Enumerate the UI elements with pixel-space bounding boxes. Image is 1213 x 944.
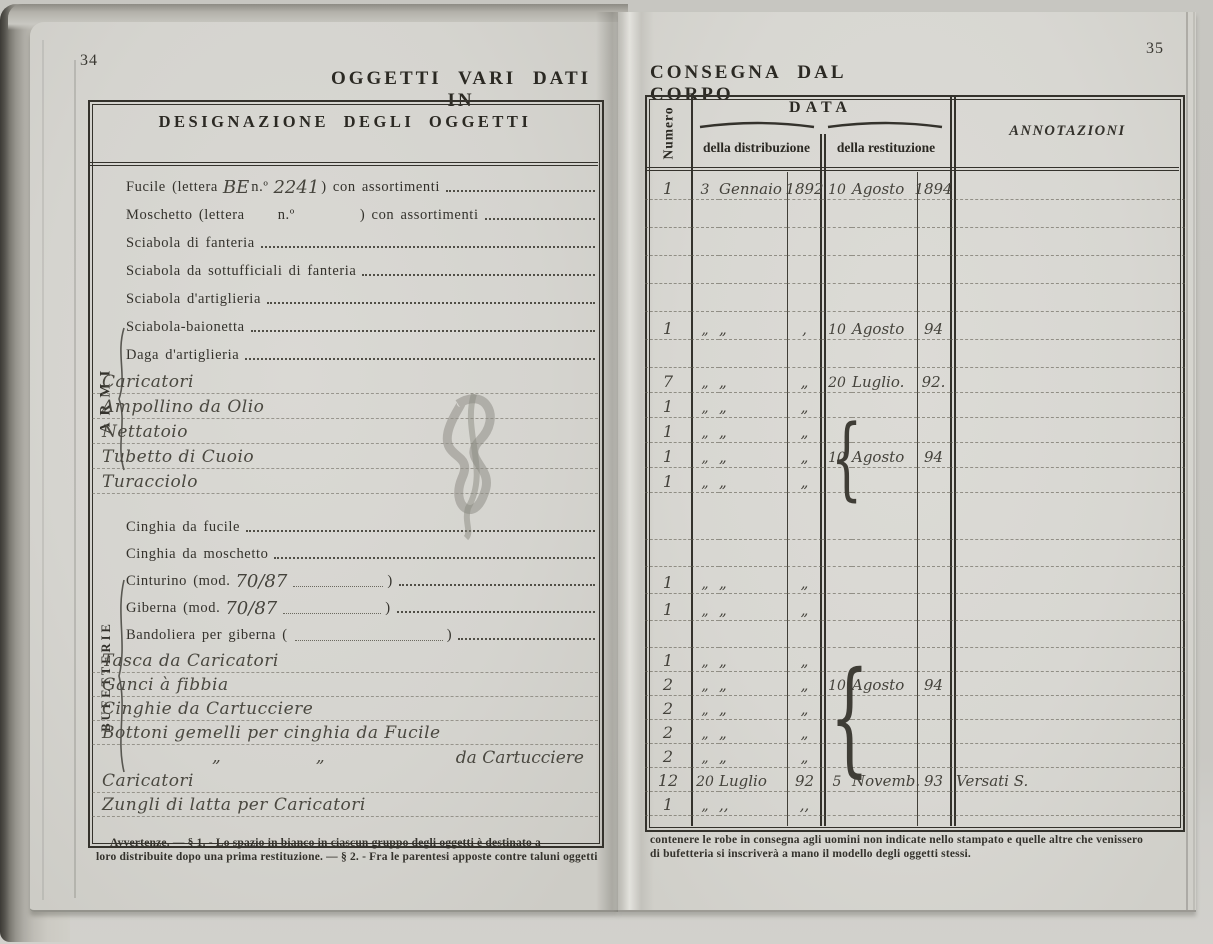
dist-month-cell: ,, xyxy=(719,792,787,816)
rest-year-cell xyxy=(917,792,950,816)
record-row: 1„„„ xyxy=(645,418,1185,443)
annotazioni-cell xyxy=(950,393,1185,418)
item-row: Sciabola-baionetta xyxy=(92,312,598,340)
numero-cell xyxy=(645,540,691,567)
dist-year-cell xyxy=(787,513,822,540)
rest-day-cell xyxy=(822,540,852,567)
record-row: 1220Luglio925Novemb.93Versati S. xyxy=(645,768,1185,792)
record-row: 1„„,10Agosto94 xyxy=(645,312,1185,340)
data-header-swash xyxy=(698,120,944,130)
numero-cell xyxy=(645,228,691,256)
item-row: Cinturino (mod.70/87) xyxy=(92,567,598,594)
rest-month-cell xyxy=(852,284,917,312)
item-row: Bottoni gemelli per cinghia da Fucile xyxy=(92,720,598,745)
rest-month-cell xyxy=(852,792,917,816)
item-row: Bandoliera per giberna () xyxy=(92,621,598,648)
numero-cell: 1 xyxy=(645,393,691,418)
rest-day-cell xyxy=(822,792,852,816)
dotted-leader xyxy=(458,638,595,640)
item-label-printed: Giberna (mod. xyxy=(92,600,220,617)
page-edge xyxy=(1186,12,1188,910)
record-row: 1„„„ xyxy=(645,393,1185,418)
rest-year-cell xyxy=(917,228,950,256)
item-label-printed: Sciabola da sottufficiali di fanteria xyxy=(92,263,356,280)
item-row: Sciabola d'artiglieria xyxy=(92,284,598,312)
annotazioni-cell xyxy=(950,621,1185,648)
record-row: 2„„„10Agosto94 xyxy=(645,672,1185,696)
rest-year-cell xyxy=(917,418,950,443)
rest-year-cell xyxy=(917,393,950,418)
record-row: 2„„„ xyxy=(645,720,1185,744)
numero-cell: 2 xyxy=(645,672,691,696)
dotted-leader xyxy=(251,330,595,332)
dotted-leader xyxy=(399,584,595,586)
record-row xyxy=(645,540,1185,567)
dist-day-cell xyxy=(691,200,719,228)
rest-year-cell xyxy=(917,256,950,284)
item-label-printed: ) xyxy=(387,573,392,590)
record-row xyxy=(645,200,1185,228)
dist-month-cell xyxy=(719,621,787,648)
rest-month-cell xyxy=(852,256,917,284)
rows-brace-small: { xyxy=(831,414,862,504)
right-footer: contenere le robe in consegna agli uomin… xyxy=(650,833,1178,861)
left-footer: Avvertenze. — § 1. - Lo spazio in bianco… xyxy=(96,836,608,864)
annotazioni-cell xyxy=(950,672,1185,696)
dist-year-cell: „ xyxy=(787,418,822,443)
dist-year-cell: „ xyxy=(787,393,822,418)
numero-cell xyxy=(645,256,691,284)
item-label-handwritten: Ganci à fibbia xyxy=(102,675,229,695)
record-row: 13Gennaio189210Agosto1894 xyxy=(645,172,1185,200)
annotazioni-cell xyxy=(950,744,1185,768)
rest-day-cell xyxy=(822,340,852,368)
pencil-scribble xyxy=(420,382,524,542)
col-header-annotazioni: ANNOTAZIONI xyxy=(950,95,1185,168)
dist-year-cell: „ xyxy=(787,468,822,493)
record-row xyxy=(645,256,1185,284)
rest-month-cell xyxy=(852,621,917,648)
right-page-number: 35 xyxy=(1146,40,1164,58)
rest-year-cell xyxy=(917,648,950,672)
annotazioni-cell xyxy=(950,720,1185,744)
annotazioni-cell xyxy=(950,594,1185,621)
dist-day-cell: „ xyxy=(691,468,719,493)
handwritten-insert: 70/87 xyxy=(225,598,277,619)
annotazioni-cell xyxy=(950,284,1185,312)
record-row: 2„„„ xyxy=(645,744,1185,768)
rest-month-cell xyxy=(852,228,917,256)
numero-cell: 1 xyxy=(645,443,691,468)
annotazioni-cell xyxy=(950,200,1185,228)
dist-day-cell: „ xyxy=(691,393,719,418)
dist-month-cell xyxy=(719,284,787,312)
annotazioni-cell xyxy=(950,340,1185,368)
annotazioni-cell xyxy=(950,418,1185,443)
item-label-printed: Sciabola d'artiglieria xyxy=(92,291,261,308)
dist-day-cell xyxy=(691,621,719,648)
dotted-leader xyxy=(485,218,595,220)
item-row: Daga d'artiglieria xyxy=(92,340,598,368)
annotazioni-cell xyxy=(950,172,1185,200)
item-label-printed: Daga d'artiglieria xyxy=(92,347,239,364)
left-footer-line2: loro distribuite dopo una prima restituz… xyxy=(96,850,608,864)
rest-day-cell: 10 xyxy=(822,312,852,340)
item-label-printed: n.º xyxy=(278,207,295,224)
dist-month-cell: „ xyxy=(719,418,787,443)
annotazioni-cell xyxy=(950,368,1185,393)
left-footer-line1: Avvertenze. — § 1. - Lo spazio in bianco… xyxy=(96,836,608,850)
dist-day-cell: 20 xyxy=(691,768,719,792)
rest-month-cell: Agosto xyxy=(852,312,917,340)
dist-day-cell: „ xyxy=(691,443,719,468)
dist-month-cell xyxy=(719,340,787,368)
dist-month-cell: „ xyxy=(719,368,787,393)
rest-year-cell: 94 xyxy=(917,443,950,468)
item-label-handwritten: Tubetto di Cuoio xyxy=(102,447,254,467)
record-row xyxy=(645,228,1185,256)
item-label-printed: Sciabola-baionetta xyxy=(92,319,245,336)
rest-month-cell xyxy=(852,567,917,594)
annotazioni-cell xyxy=(950,312,1185,340)
dist-month-cell xyxy=(719,256,787,284)
record-row: 1„„„10Agosto94 xyxy=(645,443,1185,468)
left-page-number: 34 xyxy=(80,52,98,70)
item-label-handwritten: Zungli di latta per Caricatori xyxy=(102,795,366,815)
item-label-handwritten: Ampollino da Olio xyxy=(102,397,264,417)
dist-month-cell: „ xyxy=(719,720,787,744)
rest-year-cell xyxy=(917,696,950,720)
item-row: Cinghie da Cartucciere xyxy=(92,696,598,721)
dist-day-cell xyxy=(691,513,719,540)
dist-month-cell: „ xyxy=(719,443,787,468)
ditto-mark: „ xyxy=(212,747,221,767)
item-label-handwritten: Cinghie da Cartucciere xyxy=(102,699,313,719)
dist-month-cell xyxy=(719,228,787,256)
item-row: Tasca da Caricatori xyxy=(92,648,598,673)
dotted-leader xyxy=(446,190,595,192)
rest-year-cell: 92. xyxy=(917,368,950,393)
numero-cell: 2 xyxy=(645,696,691,720)
rest-day-cell xyxy=(822,200,852,228)
dotted-blank xyxy=(295,640,443,641)
annotazioni-cell xyxy=(950,648,1185,672)
col-header-data: DATA xyxy=(691,99,950,117)
item-label-printed: Fucile (lettera xyxy=(92,179,218,196)
rest-day-cell xyxy=(822,567,852,594)
rest-year-cell: 94 xyxy=(917,312,950,340)
record-row xyxy=(645,513,1185,540)
dotted-blank xyxy=(293,586,383,587)
annotazioni-cell xyxy=(950,256,1185,284)
dist-day-cell: „ xyxy=(691,312,719,340)
dist-year-cell xyxy=(787,228,822,256)
rest-year-cell xyxy=(917,468,950,493)
dist-month-cell: Luglio xyxy=(719,768,787,792)
rest-year-cell xyxy=(917,621,950,648)
ledger-photo: 34 35 OGGETTI VARI DATI IN CONSEGNA DAL … xyxy=(0,0,1213,944)
rest-year-cell xyxy=(917,540,950,567)
dotted-leader xyxy=(274,557,595,559)
col-header-distribuzione: della distribuzione xyxy=(691,140,822,156)
dist-day-cell xyxy=(691,228,719,256)
dist-day-cell xyxy=(691,540,719,567)
dist-month-cell xyxy=(719,200,787,228)
numero-cell xyxy=(645,621,691,648)
item-label-printed: Moschetto (lettera xyxy=(92,207,245,224)
rest-year-cell xyxy=(917,200,950,228)
dist-year-cell xyxy=(787,256,822,284)
dist-year-cell: 92 xyxy=(787,768,822,792)
rest-year-cell xyxy=(917,744,950,768)
numero-cell: 2 xyxy=(645,720,691,744)
rest-month-cell xyxy=(852,513,917,540)
item-label-printed: Cinghia da fucile xyxy=(92,519,240,536)
item-label-printed: Sciabola di fanteria xyxy=(92,235,255,252)
col-header-numero: Numero xyxy=(645,95,691,171)
numero-cell xyxy=(645,200,691,228)
dist-year-cell xyxy=(787,284,822,312)
right-records-list: 13Gennaio189210Agosto18941„„,10Agosto947… xyxy=(645,172,1185,828)
rest-day-cell xyxy=(822,621,852,648)
numero-cell: 1 xyxy=(645,792,691,816)
dist-day-cell: „ xyxy=(691,368,719,393)
left-table-header: DESIGNAZIONE DEGLI OGGETTI xyxy=(88,112,602,132)
annotazioni-cell xyxy=(950,228,1185,256)
rest-month-cell: Agosto xyxy=(852,172,917,200)
record-row: 1„„„ xyxy=(645,648,1185,672)
record-row: 7„„„20Luglio.92. xyxy=(645,368,1185,393)
annotazioni-cell xyxy=(950,567,1185,594)
item-label-printed: Bandoliera per giberna ( xyxy=(92,627,288,644)
dist-year-cell: „ xyxy=(787,368,822,393)
dist-day-cell: „ xyxy=(691,696,719,720)
dist-year-cell xyxy=(787,540,822,567)
dist-month-cell xyxy=(719,513,787,540)
dist-day-cell: „ xyxy=(691,648,719,672)
item-label-handwritten: Caricatori xyxy=(102,771,194,791)
record-row: 1„,,,, xyxy=(645,792,1185,816)
dist-day-cell: „ xyxy=(691,594,719,621)
dist-month-cell: „ xyxy=(719,672,787,696)
dist-year-cell: „ xyxy=(787,720,822,744)
rest-year-cell xyxy=(917,284,950,312)
dist-year-cell: ,, xyxy=(787,792,822,816)
dist-year-cell: „ xyxy=(787,696,822,720)
dist-day-cell xyxy=(691,340,719,368)
item-row: Fucile (letteraBEn.º2241) con assortimen… xyxy=(92,172,598,200)
dist-year-cell xyxy=(787,200,822,228)
dist-month-cell: „ xyxy=(719,594,787,621)
dist-year-cell: „ xyxy=(787,648,822,672)
rest-month-cell xyxy=(852,540,917,567)
numero-cell: 1 xyxy=(645,172,691,200)
record-row: 2„„„ xyxy=(645,696,1185,720)
numero-cell: 2 xyxy=(645,744,691,768)
dist-year-cell: , xyxy=(787,312,822,340)
dist-year-cell: 1892 xyxy=(787,172,822,200)
item-row: Caricatori xyxy=(92,768,598,793)
dist-month-cell: „ xyxy=(719,744,787,768)
rest-year-cell xyxy=(917,340,950,368)
numero-cell: 1 xyxy=(645,648,691,672)
page-crease xyxy=(42,40,44,900)
dist-day-cell: „ xyxy=(691,567,719,594)
record-row: 1„„„ xyxy=(645,567,1185,594)
dist-year-cell: „ xyxy=(787,594,822,621)
dist-year-cell: „ xyxy=(787,744,822,768)
item-label-handwritten: Tasca da Caricatori xyxy=(102,651,279,671)
numero-cell: 12 xyxy=(645,768,691,792)
item-label-handwritten: Bottoni gemelli per cinghia da Fucile xyxy=(102,723,441,743)
page-edge xyxy=(1193,12,1195,910)
item-label-continuation: da Cartucciere xyxy=(456,748,584,768)
dist-month-cell: „ xyxy=(719,696,787,720)
item-row: Ganci à fibbia xyxy=(92,672,598,697)
annotazioni-cell xyxy=(950,443,1185,468)
dist-day-cell: „ xyxy=(691,744,719,768)
rest-day-cell xyxy=(822,284,852,312)
ditto-mark: „ xyxy=(316,747,325,767)
right-footer-line1: contenere le robe in consegna agli uomin… xyxy=(650,833,1178,847)
rest-year-cell xyxy=(917,594,950,621)
item-label-handwritten: Caricatori xyxy=(102,372,194,392)
item-label-printed: ) con assortimenti xyxy=(321,179,440,196)
item-row: Sciabola di fanteria xyxy=(92,228,598,256)
record-row: 1„„„ xyxy=(645,594,1185,621)
col-header-restituzione: della restituzione xyxy=(822,140,950,156)
handwritten-insert: 2241 xyxy=(273,177,319,198)
numero-cell: 1 xyxy=(645,312,691,340)
dist-year-cell: „ xyxy=(787,567,822,594)
item-label-handwritten: Nettatoio xyxy=(102,422,188,442)
dotted-leader xyxy=(362,274,595,276)
rest-day-cell xyxy=(822,228,852,256)
annotazioni-cell xyxy=(950,540,1185,567)
page-crease xyxy=(74,60,76,898)
item-label-printed: n.º xyxy=(251,179,268,196)
record-row: 1„„„ xyxy=(645,468,1185,493)
dist-day-cell: „ xyxy=(691,418,719,443)
rest-month-cell: Luglio. xyxy=(852,368,917,393)
dotted-leader xyxy=(267,302,595,304)
dist-month-cell: „ xyxy=(719,312,787,340)
left-header-rule xyxy=(90,162,598,166)
dotted-blank xyxy=(283,613,381,614)
dist-day-cell: „ xyxy=(691,792,719,816)
dotted-leader xyxy=(261,246,595,248)
right-header-rule xyxy=(647,167,1179,171)
dist-day-cell xyxy=(691,256,719,284)
annotazioni-cell xyxy=(950,792,1185,816)
numero-cell xyxy=(645,340,691,368)
dist-day-cell: „ xyxy=(691,720,719,744)
dist-day-cell: „ xyxy=(691,672,719,696)
rest-day-cell xyxy=(822,594,852,621)
item-label-handwritten: Turacciolo xyxy=(102,472,198,492)
rest-month-cell xyxy=(852,200,917,228)
numero-cell xyxy=(645,284,691,312)
numero-cell xyxy=(645,513,691,540)
handwritten-insert: BE xyxy=(223,177,249,198)
item-row: Cinghia da moschetto xyxy=(92,540,598,567)
rest-year-cell: 93 xyxy=(917,768,950,792)
dotted-leader xyxy=(397,611,595,613)
dist-month-cell: „ xyxy=(719,567,787,594)
item-row: „„da Cartucciere xyxy=(92,744,598,768)
dist-month-cell: „ xyxy=(719,468,787,493)
rest-year-cell xyxy=(917,567,950,594)
dist-year-cell xyxy=(787,621,822,648)
rest-day-cell xyxy=(822,256,852,284)
rows-brace-large: { xyxy=(830,656,869,780)
item-label-printed: Cinghia da moschetto xyxy=(92,546,268,563)
annotazioni-cell xyxy=(950,696,1185,720)
dist-year-cell: „ xyxy=(787,443,822,468)
rest-year-cell xyxy=(917,720,950,744)
dist-month-cell xyxy=(719,540,787,567)
rest-day-cell: 10 xyxy=(822,172,852,200)
rest-year-cell: 1894 xyxy=(917,172,950,200)
item-label-printed: ) xyxy=(385,600,390,617)
rest-year-cell: 94 xyxy=(917,672,950,696)
numero-cell: 1 xyxy=(645,418,691,443)
handwritten-insert: 70/87 xyxy=(235,571,287,592)
numero-cell: 7 xyxy=(645,368,691,393)
rest-month-cell xyxy=(852,594,917,621)
annotazioni-cell xyxy=(950,468,1185,493)
item-label-printed: ) xyxy=(447,627,452,644)
dist-day-cell: 3 xyxy=(691,172,719,200)
item-row: Sciabola da sottufficiali di fanteria xyxy=(92,256,598,284)
numero-cell: 1 xyxy=(645,594,691,621)
dist-day-cell xyxy=(691,284,719,312)
rest-year-cell xyxy=(917,513,950,540)
item-label-printed: Cinturino (mod. xyxy=(92,573,230,590)
record-row xyxy=(645,284,1185,312)
numero-cell: 1 xyxy=(645,468,691,493)
dist-month-cell: Gennaio xyxy=(719,172,787,200)
item-row: Giberna (mod.70/87) xyxy=(92,594,598,621)
rest-day-cell: 20 xyxy=(822,368,852,393)
item-label-printed: ) con assortimenti xyxy=(360,207,479,224)
right-footer-line2: di bufetteria si inscriverà a mano il mo… xyxy=(650,847,1178,861)
item-row: Zungli di latta per Caricatori xyxy=(92,792,598,817)
dist-month-cell: „ xyxy=(719,393,787,418)
annotazioni-cell: Versati S. xyxy=(950,768,1185,792)
record-row xyxy=(645,340,1185,368)
rest-day-cell xyxy=(822,513,852,540)
dist-year-cell: „ xyxy=(787,672,822,696)
rest-month-cell xyxy=(852,340,917,368)
numero-cell: 1 xyxy=(645,567,691,594)
record-row xyxy=(645,621,1185,648)
dist-month-cell: „ xyxy=(719,648,787,672)
annotazioni-cell xyxy=(950,513,1185,540)
item-row: Moschetto (letteran.º) con assortimenti xyxy=(92,200,598,228)
dist-year-cell xyxy=(787,340,822,368)
dotted-leader xyxy=(245,358,595,360)
